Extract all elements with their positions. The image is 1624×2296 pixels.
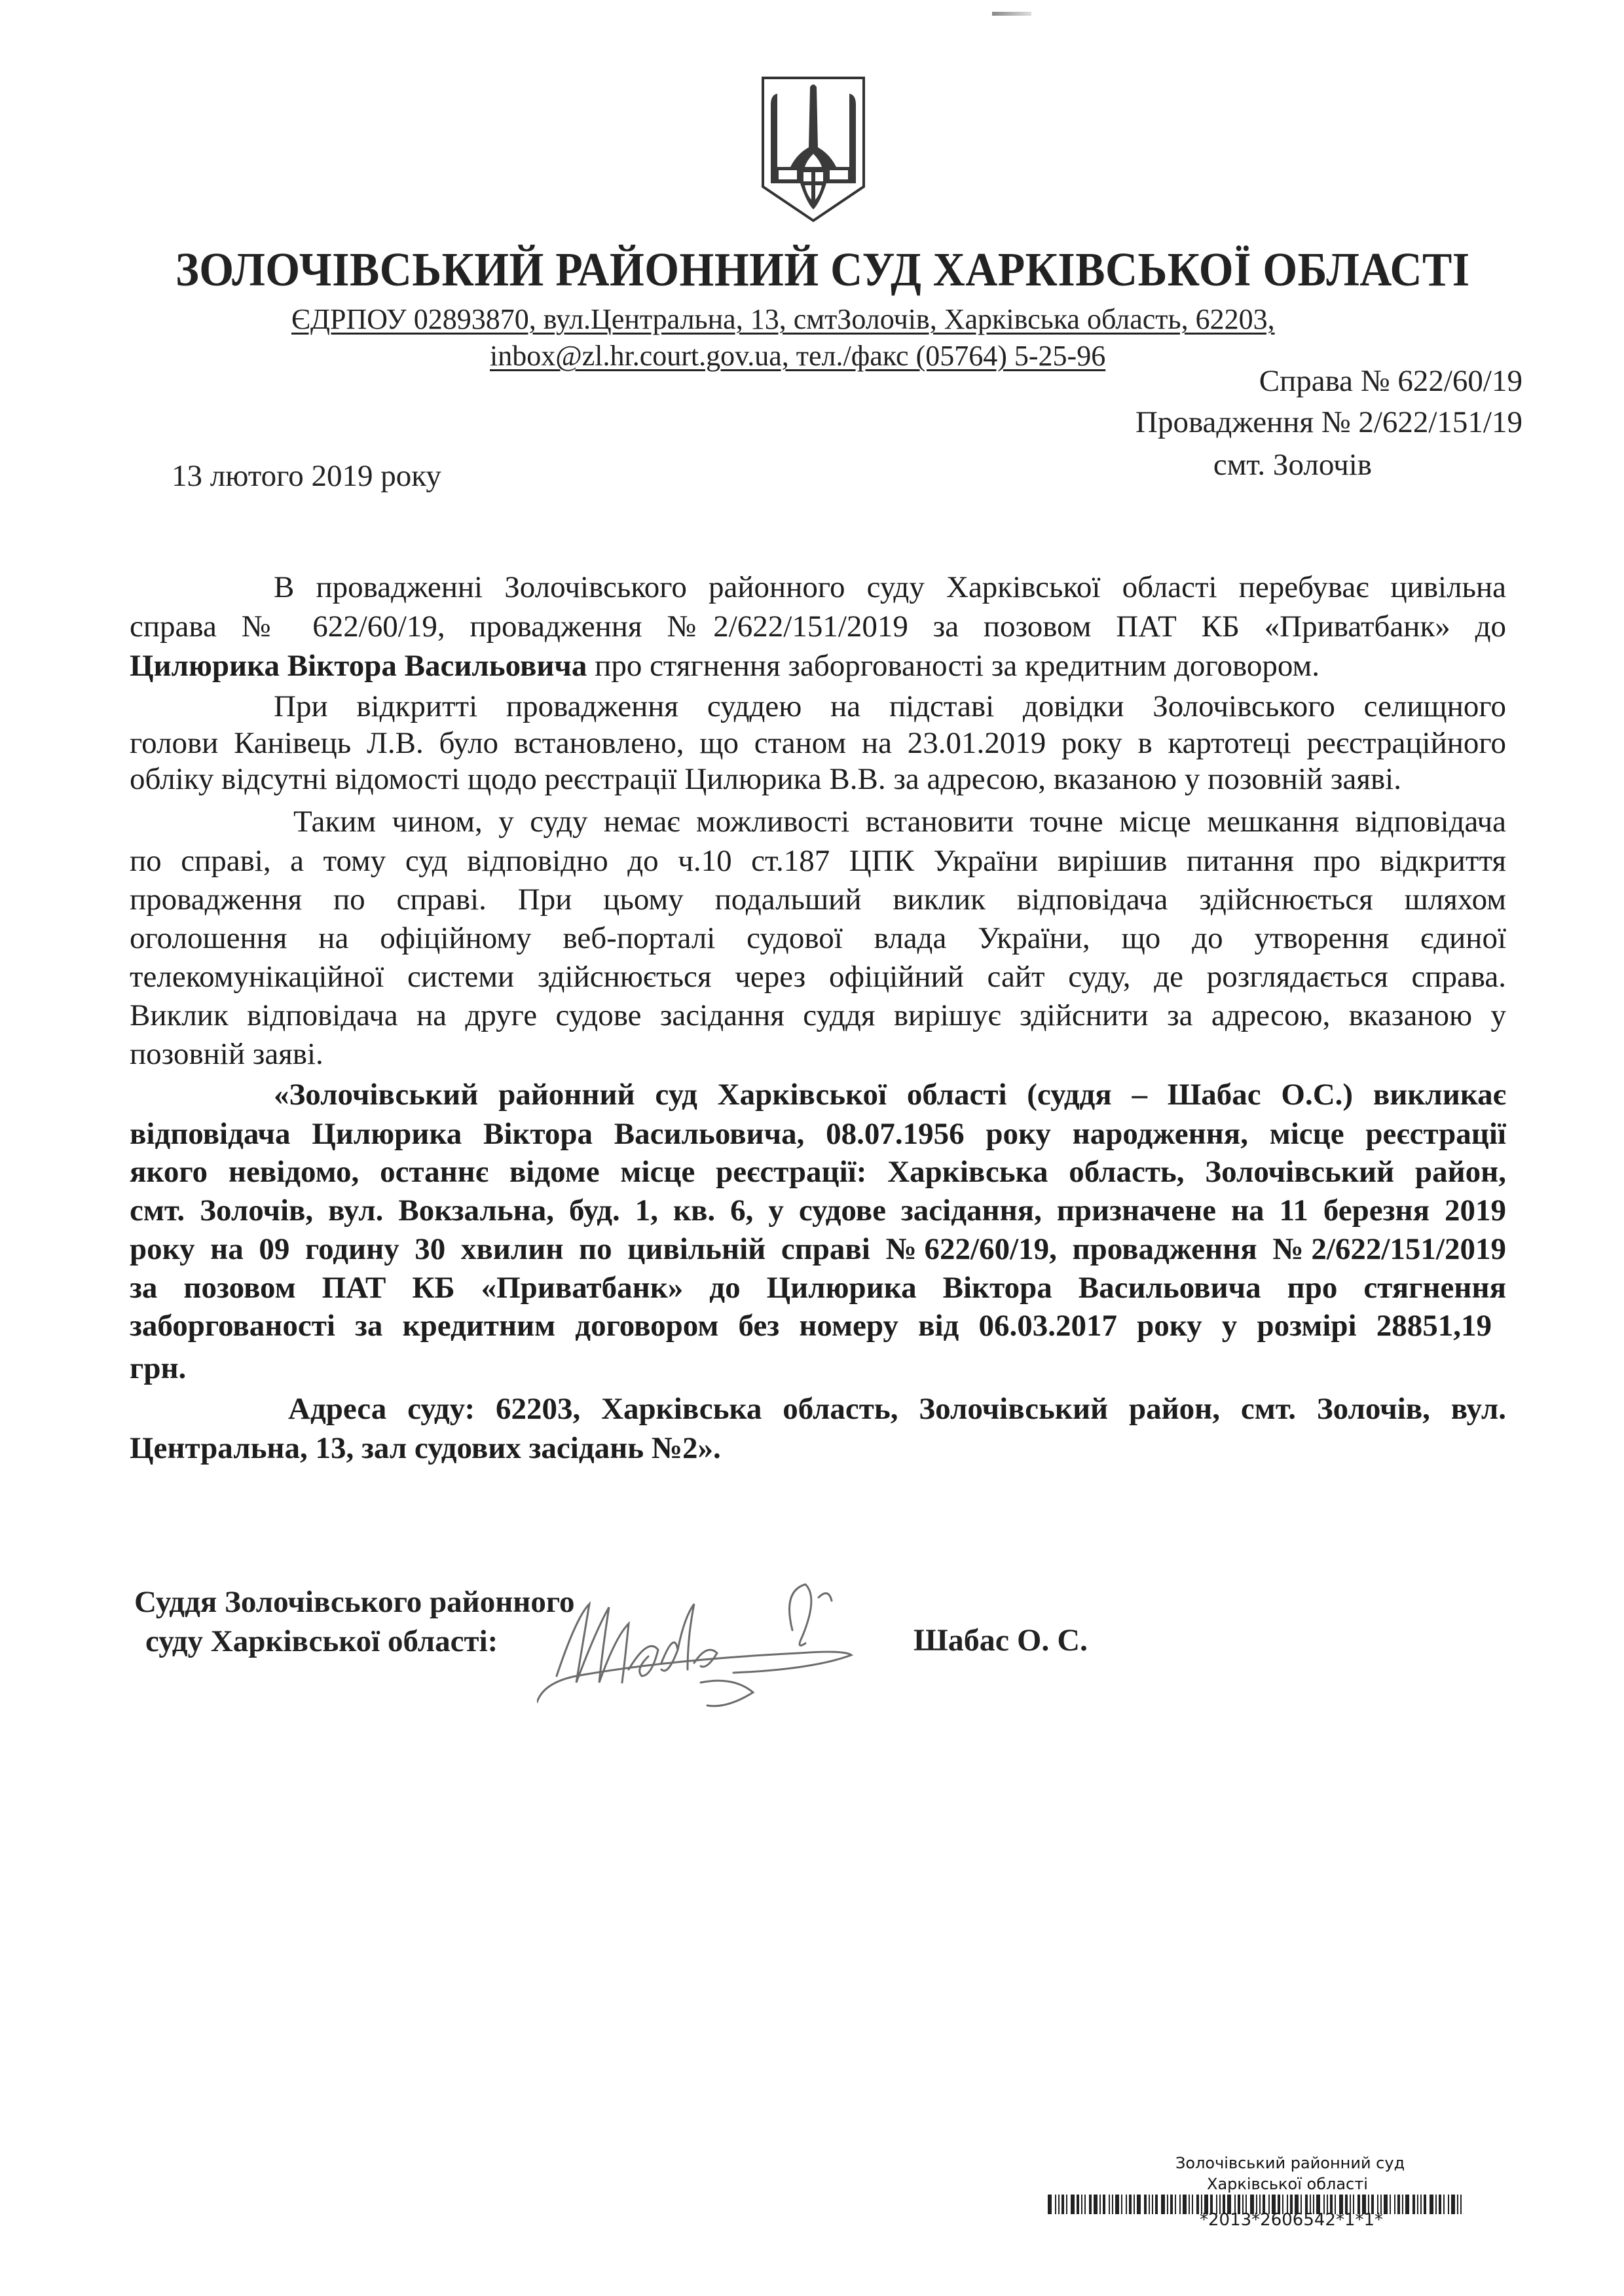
handwritten-signature-icon (537, 1578, 943, 1709)
paragraph-line: провадження по справі. При цьому подальш… (130, 882, 1506, 917)
defendant-name: Цилюрика Віктора Васильовича (130, 649, 587, 683)
summons-line: грн. (130, 1351, 1506, 1386)
summons-line: за позовом ПАТ КБ «Приватбанк» до Цилюри… (130, 1270, 1506, 1305)
paragraph-line: При відкритті провадження суддею на підс… (274, 689, 1506, 724)
paragraph-line: обліку відсутні відомості щодо реєстраці… (130, 761, 1506, 797)
paragraph-line: голови Канівець Л.В. було встановлено, щ… (130, 725, 1506, 761)
judge-name: Шабас О. С. (913, 1622, 1088, 1658)
court-address-line: Центральна, 13, зал судових засідань №2»… (130, 1430, 1506, 1466)
paragraph-line: Виклик відповідача на друге судове засід… (130, 998, 1506, 1033)
scan-artifact (992, 12, 1031, 16)
stamp-court-name: Золочівський районний суд (1175, 2154, 1405, 2172)
summons-line: заборгованості за кредитним договором бе… (130, 1308, 1492, 1343)
paragraph-line: В провадженні Золочівського районного су… (274, 570, 1506, 605)
summons-line: «Золочівський районний суд Харківської о… (274, 1077, 1506, 1112)
case-number: Справа № 622/60/19 (1259, 363, 1522, 399)
stamp-region: Харківської області (1207, 2175, 1368, 2193)
place: смт. Золочів (1213, 447, 1372, 483)
summons-line: смт. Золочів, вул. Вокзальна, буд. 1, кв… (130, 1193, 1506, 1228)
paragraph-line: Таким чином, у суду немає можливості вст… (293, 804, 1506, 839)
paragraph-line: Цилюрика Віктора Васильовича про стягнен… (130, 648, 1506, 683)
barcode-number: *2013*2606542*1*1* (1200, 2210, 1383, 2230)
summons-line: року на 09 годину 30 хвилин по цивільній… (130, 1231, 1506, 1267)
paragraph-line: оголошення на офіційному веб-порталі суд… (130, 920, 1506, 956)
proceeding-number: Провадження № 2/622/151/19 (1135, 405, 1522, 440)
court-name-heading: ЗОЛОЧІВСЬКИЙ РАЙОННИЙ СУД ХАРКІВСЬКОЇ ОБ… (175, 242, 1470, 297)
summons-line: відповідача Цилюрика Віктора Васильовича… (130, 1116, 1506, 1152)
judge-title-line2: суду Харківської області: (145, 1624, 498, 1659)
court-address-line: Адреса суду: 62203, Харківська область, … (288, 1391, 1506, 1427)
paragraph-line: справа № 622/60/19, провадження №2/622/1… (130, 609, 1506, 644)
paragraph-line: по справі, а тому суд відповідно до ч.10… (130, 843, 1506, 879)
document-date: 13 лютого 2019 року (172, 458, 441, 494)
judge-title-line1: Суддя Золочівського районного (134, 1584, 575, 1620)
paragraph-line-tail: про стягнення заборгованості за кредитни… (587, 649, 1319, 683)
paragraph-line: телекомунікаційної системи здійснюється … (130, 959, 1506, 994)
court-contact-address: ЄДРПОУ 02893870, вул.Центральна, 13, смт… (291, 302, 1275, 336)
paragraph-line: позовній заяві. (130, 1036, 1506, 1072)
summons-line: якого невідомо, останнє відоме місце реє… (130, 1154, 1506, 1190)
coat-of-arms-icon (758, 75, 869, 223)
court-contact-email-phone[interactable]: inbox@zl.hr.court.gov.ua, тел./факс (057… (490, 339, 1105, 373)
